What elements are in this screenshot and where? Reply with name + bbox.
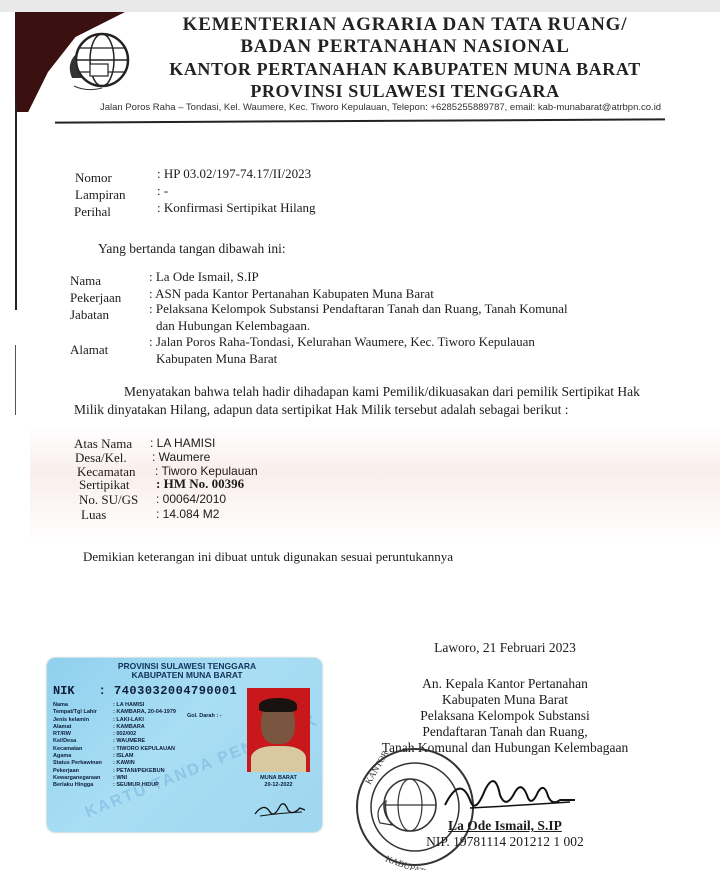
ktp-field-value: : TIWORO KEPULAUAN <box>113 746 175 753</box>
meta-nomor: Nomor : HP 03.02/197-74.17/II/2023 <box>75 170 112 186</box>
letterhead-office: KANTOR PERTANAHAN KABUPATEN MUNA BARAT <box>150 58 660 80</box>
ktp-nik: NIK: 7403032004790001 <box>53 684 237 698</box>
letterhead-address: Jalan Poros Raha – Tondasi, Kel. Waumere… <box>100 102 660 113</box>
ktp-field-value: : 002/002 <box>113 731 136 738</box>
detail-value: : Pelaksana Kelompok Substansi Pendaftar… <box>149 301 568 317</box>
cert-luas: Luas : 14.084 M2 <box>81 507 106 523</box>
letterhead-agency: BADAN PERTANAHAN NASIONAL <box>150 36 660 58</box>
signature-title-3: Pelaksana Kelompok Substansi <box>340 708 670 724</box>
letterhead-divider <box>55 118 665 123</box>
ktp-field-value: : ISLAM <box>113 753 133 760</box>
detail-label: Alamat <box>70 342 108 358</box>
bpn-logo-icon <box>62 28 134 94</box>
detail-nama: Nama : La Ode Ismail, S.IP <box>70 273 101 289</box>
cert-label: Luas <box>81 507 106 523</box>
cert-value: : 00064/2010 <box>156 491 226 507</box>
ktp-field-row: Pekerjaan: PETANI/PEKEBUN <box>53 768 102 775</box>
ktp-header: PROVINSI SULAWESI TENGGARA KABUPATEN MUN… <box>87 662 287 680</box>
ktp-field-value: : LA HAMISI <box>113 702 144 709</box>
ktp-field-label: Status Perkawinan <box>53 760 102 766</box>
ktp-field-value: : KAWIN <box>113 760 135 767</box>
ktp-field-row: Kewarganegaraan: WNI <box>53 775 102 782</box>
ktp-field-row: Jenis kelamin: LAKI-LAKI <box>53 717 102 724</box>
cert-label: No. SU/GS <box>79 492 138 508</box>
signer-nip: NIP. 19781114 201212 1 002 <box>340 834 670 850</box>
ktp-field-row: Alamat: KAMBARA <box>53 724 102 731</box>
detail-value-cont: dan Hubungan Kelembagaan. <box>156 318 310 334</box>
svg-text:KANTOR: KANTOR <box>363 749 390 786</box>
paper-left-edge <box>15 345 16 415</box>
ktp-field-row: Status Perkawinan: KAWIN <box>53 760 102 767</box>
ktp-issue-date: 20-12-2022 <box>247 782 310 789</box>
ktp-nik-label: NIK <box>53 684 75 698</box>
letterhead: KEMENTERIAN AGRARIA DAN TATA RUANG/ BADA… <box>150 12 660 102</box>
ktp-field-label: Kecamatan <box>53 746 82 752</box>
ktp-field-value: : PETANI/PEKEBUN <box>113 768 165 775</box>
detail-jabatan: Jabatan : Pelaksana Kelompok Substansi P… <box>70 307 109 323</box>
meta-lampiran: Lampiran : - <box>75 187 126 203</box>
ktp-signature-icon <box>252 798 307 820</box>
cert-value: : HM No. 00396 <box>156 476 244 492</box>
ktp-field-row: Agama: ISLAM <box>53 753 102 760</box>
ktp-field-label: Berlaku Hingga <box>53 782 93 788</box>
ktp-field-row: RT/RW: 002/002 <box>53 731 102 738</box>
ktp-photo <box>247 688 310 772</box>
meta-label: Nomor <box>75 170 112 186</box>
ktp-field-value: : LAKI-LAKI <box>113 717 144 724</box>
ktp-field-value: : SEUMUR HIDUP <box>113 782 159 789</box>
ktp-field-label: Agama <box>53 753 71 759</box>
handwritten-signature-icon <box>440 770 580 820</box>
ktp-field-row: Tempat/Tgl Lahir: KAMBARA, 20-04-1979 <box>53 709 102 716</box>
ktp-blood-type: Gol. Darah : - <box>187 713 222 719</box>
detail-value: : Jalan Poros Raha-Tondasi, Kelurahan Wa… <box>149 334 535 350</box>
meta-value: : HP 03.02/197-74.17/II/2023 <box>157 166 311 182</box>
cert-sertipikat: Sertipikat : HM No. 00396 <box>79 477 130 493</box>
meta-value: : - <box>157 183 168 199</box>
ktp-field-label: Jenis kelamin <box>53 717 89 723</box>
ktp-fields: Nama: LA HAMISITempat/Tgl Lahir: KAMBARA… <box>53 702 102 790</box>
letterhead-province: PROVINSI SULAWESI TENGGARA <box>150 80 660 102</box>
statement-line1: Menyatakan bahwa telah hadir dihadapan k… <box>124 383 640 401</box>
detail-value: : La Ode Ismail, S.IP <box>149 269 259 285</box>
ktp-field-label: Pekerjaan <box>53 768 79 774</box>
cert-su-gs: No. SU/GS : 00064/2010 <box>79 492 138 508</box>
scan-discoloration <box>30 425 720 545</box>
ktp-field-row: Nama: LA HAMISI <box>53 702 102 709</box>
signature-title-4: Pendaftaran Tanah dan Ruang, <box>340 724 670 740</box>
ktp-field-label: Kewarganegaraan <box>53 775 100 781</box>
ktp-issue-place: MUNA BARAT <box>247 775 310 782</box>
ktp-field-row: Berlaku Hingga: SEUMUR HIDUP <box>53 782 102 789</box>
ktp-field-value: : KAMBARA <box>113 724 145 731</box>
detail-alamat: Alamat : Jalan Poros Raha-Tondasi, Kelur… <box>70 342 108 358</box>
scan-top-border <box>0 0 720 12</box>
signature-title-2: Kabupaten Muna Barat <box>340 692 670 708</box>
detail-label: Jabatan <box>70 307 109 323</box>
svg-text:KABUPATEN: KABUPATEN <box>384 853 437 870</box>
signature-title-1: An. Kepala Kantor Pertanahan <box>340 676 670 692</box>
ktp-id-card: KARTU TANDA PENDUDUK PROVINSI SULAWESI T… <box>47 658 322 832</box>
detail-value-cont: Kabupaten Muna Barat <box>156 351 277 367</box>
ktp-field-row: Kecamatan: TIWORO KEPULAUAN <box>53 746 102 753</box>
detail-label: Pekerjaan <box>70 290 121 306</box>
cert-label: Sertipikat <box>79 477 130 493</box>
place-date: Laworo, 21 Februari 2023 <box>340 640 670 656</box>
ktp-field-label: Kel/Desa <box>53 738 76 744</box>
statement-line2: Milik dinyatakan Hilang, adapun data ser… <box>74 401 568 419</box>
ktp-field-row: Kel/Desa: WAUMERE <box>53 738 102 745</box>
meta-label: Perihal <box>74 204 111 220</box>
ktp-field-label: RT/RW <box>53 731 71 737</box>
ktp-field-label: Nama <box>53 702 68 708</box>
closing-text: Demikian keterangan ini dibuat untuk dig… <box>83 548 453 566</box>
signer-name: La Ode Ismail, S.IP <box>340 818 670 834</box>
meta-label: Lampiran <box>75 187 126 203</box>
meta-perihal: Perihal : Konfirmasi Sertipikat Hilang <box>74 204 111 220</box>
ktp-field-label: Alamat <box>53 724 71 730</box>
meta-value: : Konfirmasi Sertipikat Hilang <box>157 200 316 216</box>
ktp-issue: MUNA BARAT 20-12-2022 <box>247 775 310 789</box>
ktp-field-value: : WNI <box>113 775 127 782</box>
detail-value: : ASN pada Kantor Pertanahan Kabupaten M… <box>149 286 434 302</box>
detail-pekerjaan: Pekerjaan : ASN pada Kantor Pertanahan K… <box>70 290 121 306</box>
detail-label: Nama <box>70 273 101 289</box>
paper-left-edge <box>15 100 17 310</box>
ktp-field-value: : WAUMERE <box>113 738 145 745</box>
intro-text: Yang bertanda tangan dibawah ini: <box>98 240 286 258</box>
cert-value: : 14.084 M2 <box>156 506 219 522</box>
letterhead-ministry: KEMENTERIAN AGRARIA DAN TATA RUANG/ <box>150 14 660 36</box>
ktp-field-value: : KAMBARA, 20-04-1979 <box>113 709 176 716</box>
ktp-field-label: Tempat/Tgl Lahir <box>53 709 97 715</box>
ktp-nik-value: : 7403032004790001 <box>99 684 238 698</box>
ktp-regency: KABUPATEN MUNA BARAT <box>87 671 287 680</box>
